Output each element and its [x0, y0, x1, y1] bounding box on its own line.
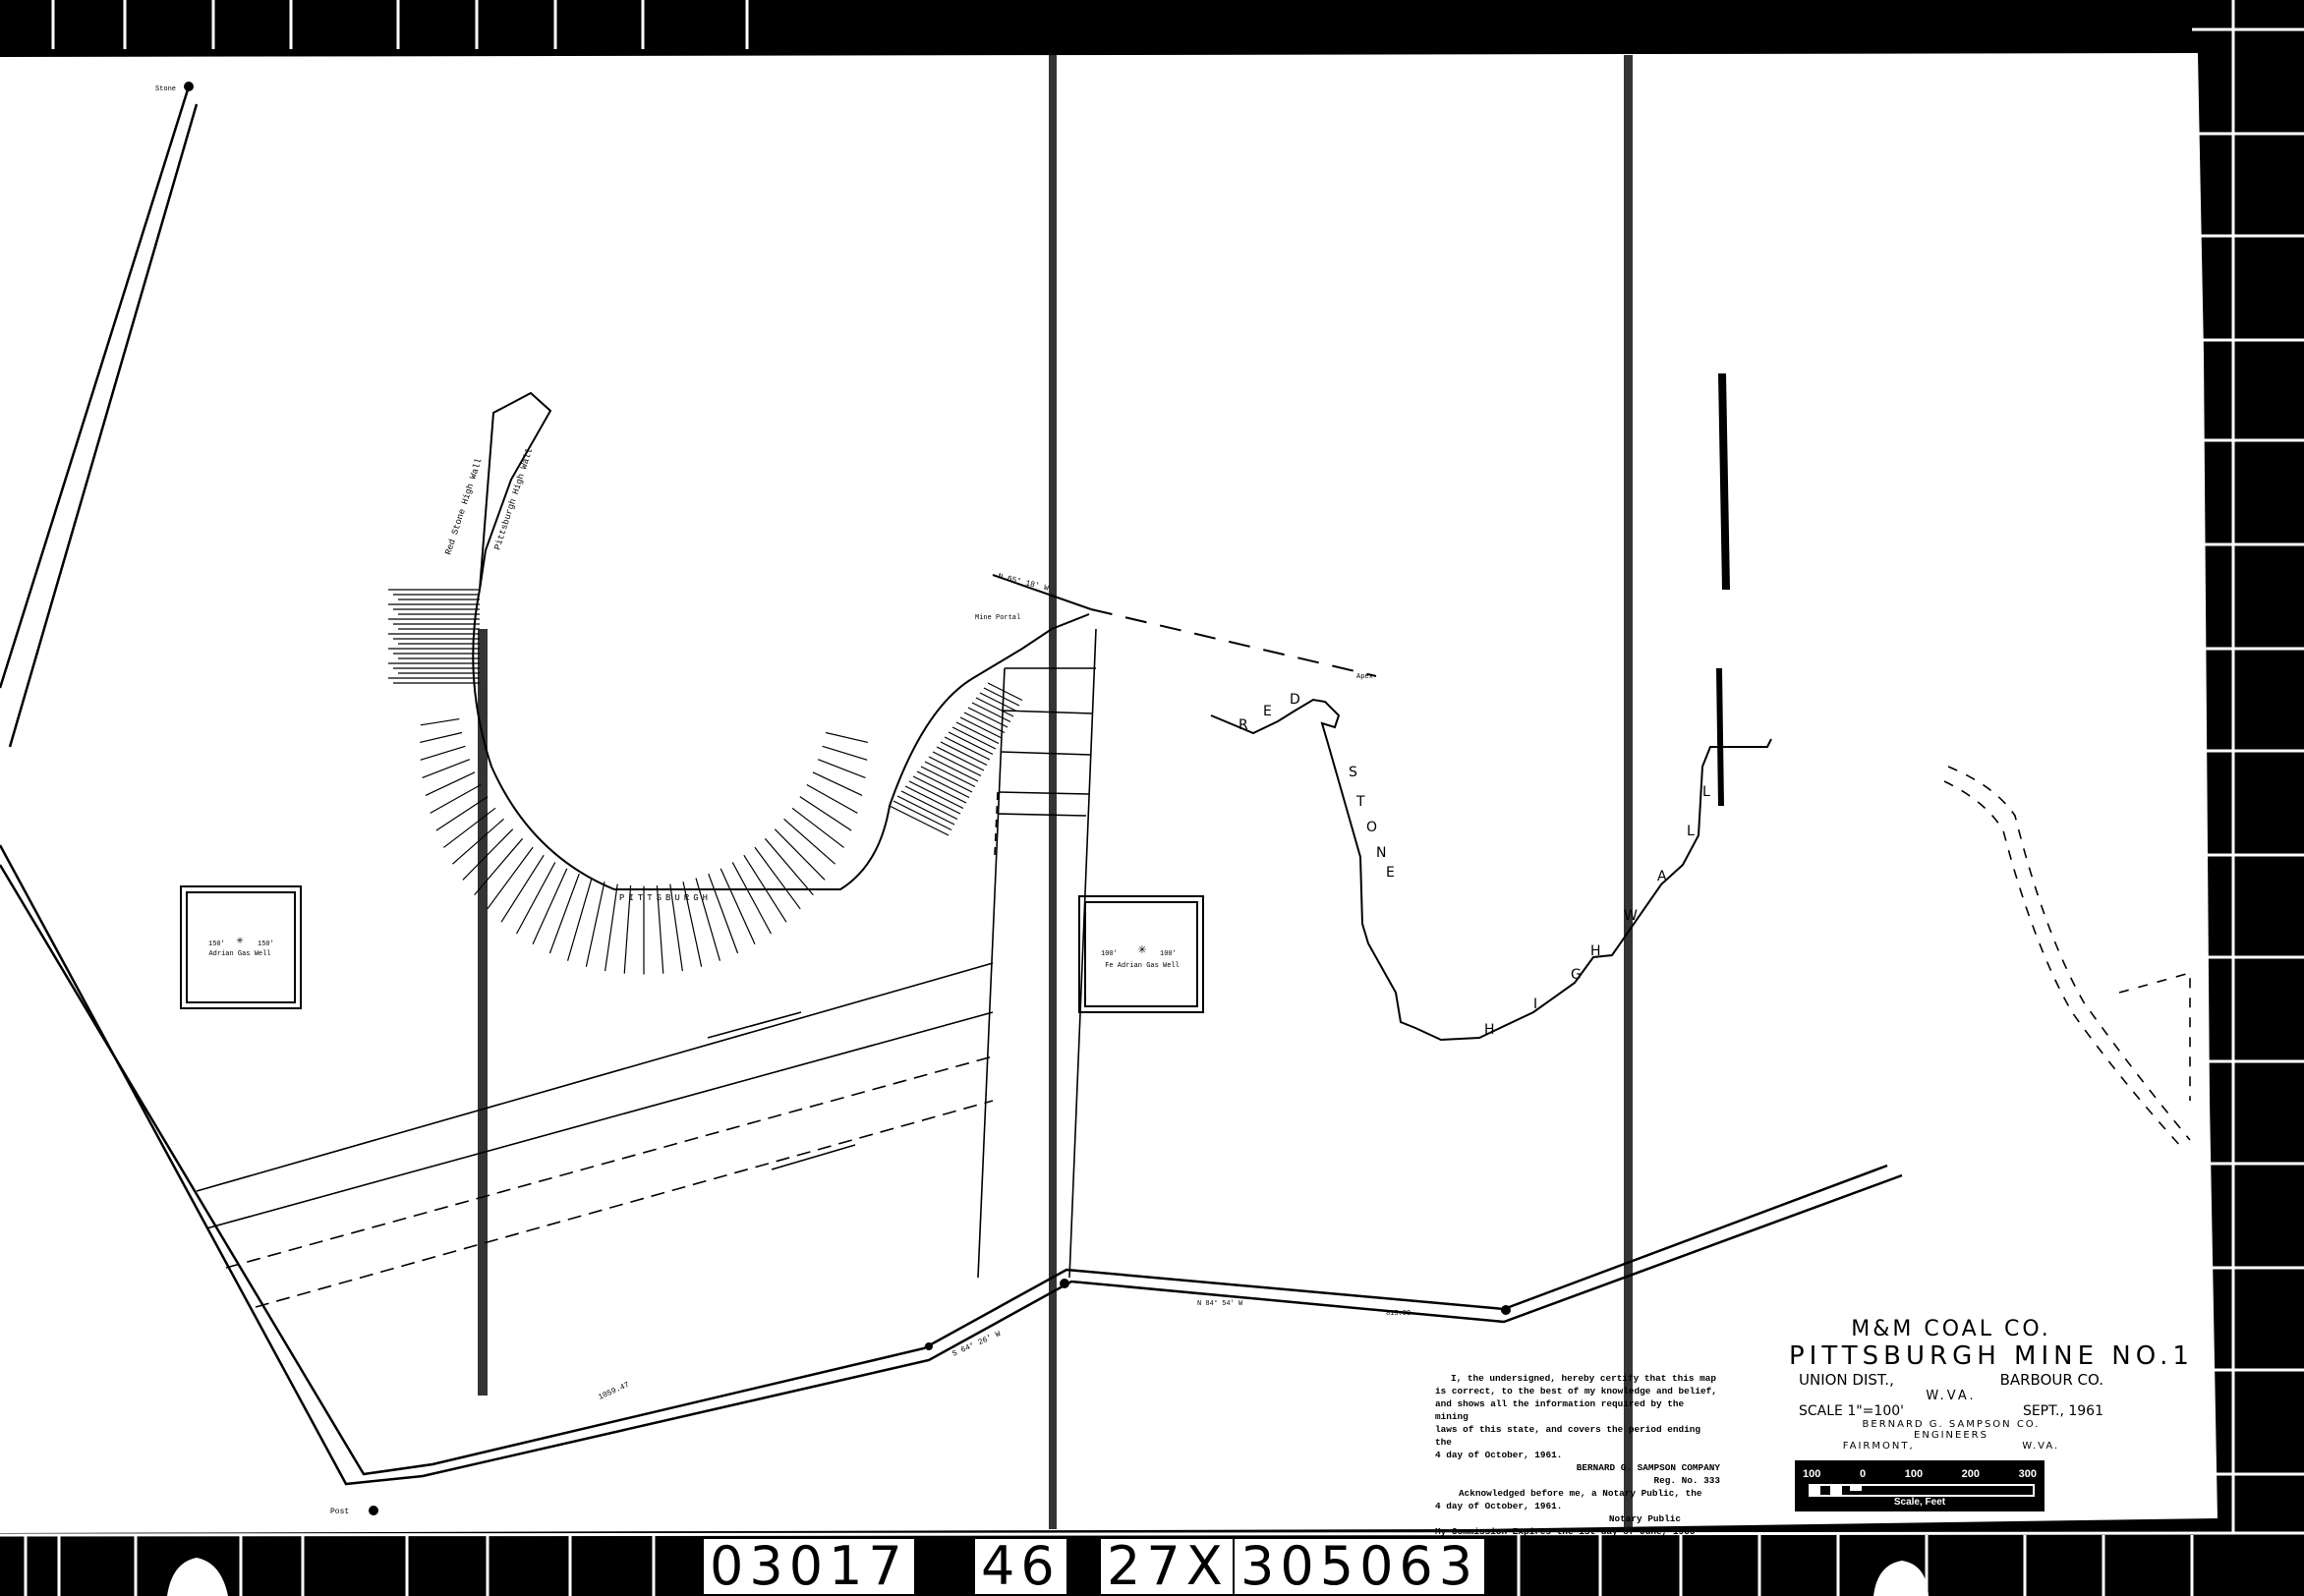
svg-text:100': 100' — [1101, 950, 1118, 958]
cert-line: is correct, to the best of my knowledge … — [1435, 1385, 1720, 1397]
film-label-reduction: 27X — [1099, 1537, 1237, 1596]
film-label-id: 305063 — [1233, 1537, 1486, 1596]
highwall-letter: L — [1687, 824, 1695, 839]
state: W.VA. — [1789, 1389, 2113, 1403]
cert-ack: Acknowledged before me, a Notary Public,… — [1435, 1487, 1720, 1500]
svg-text:Post: Post — [330, 1508, 349, 1516]
highwall-letter: D — [1290, 692, 1300, 708]
svg-text:100': 100' — [1160, 950, 1177, 958]
scale-tick: 200 — [1962, 1468, 1980, 1480]
svg-text:Fe Adrian Gas Well: Fe Adrian Gas Well — [1105, 962, 1180, 970]
microfilm-frame: REDSTONEHIGHWALL ✳ ✳ Adrian Gas Well 150… — [0, 0, 2304, 1596]
scale-tick: 100 — [1905, 1468, 1923, 1480]
highwall-letter: O — [1366, 820, 1377, 835]
scale-unit: Scale, Feet — [1795, 1497, 2045, 1508]
engineer: BERNARD G. SAMPSON CO. — [1789, 1419, 2113, 1430]
cert-line: I, the undersigned, hereby certify that … — [1435, 1372, 1720, 1385]
cert-reg-no: Reg. No. 333 — [1435, 1474, 1720, 1487]
highwall-letter: N — [1376, 845, 1386, 861]
title-block: M&M COAL CO. PITTSBURGH MINE NO.1 UNION … — [1789, 1317, 2113, 1452]
highwall-letter: S — [1349, 765, 1357, 780]
scale-tick: 100 — [1803, 1468, 1820, 1480]
scale-tick: 300 — [2019, 1468, 2037, 1480]
cert-line: 4 day of October, 1961. — [1435, 1449, 1720, 1461]
film-label-frame: 46 — [973, 1537, 1068, 1596]
svg-text:150': 150' — [208, 940, 225, 948]
certification-block: I, the undersigned, hereby certify that … — [1435, 1372, 1720, 1538]
cert-ack: 4 day of October, 1961. — [1435, 1500, 1720, 1512]
highwall-letter: W — [1624, 908, 1638, 924]
svg-text:Mine Portal: Mine Portal — [975, 614, 1020, 622]
svg-text:N 84° 54' W: N 84° 54' W — [1197, 1299, 1243, 1308]
cert-company: BERNARD G. SAMPSON COMPANY — [1435, 1461, 1720, 1474]
svg-text:815.39: 815.39 — [1386, 1310, 1411, 1318]
svg-text:PITTSBURGH: PITTSBURGH — [619, 893, 712, 903]
cert-notary: Notary Public — [1435, 1512, 1720, 1525]
scale-bar: 1000100200300 Scale, Feet — [1795, 1460, 2045, 1511]
cert-line: and shows all the information required b… — [1435, 1397, 1720, 1423]
svg-text:Adrian Gas Well: Adrian Gas Well — [208, 950, 270, 958]
engineer-city: FAIRMONT, — [1843, 1441, 1915, 1452]
highwall-letter: T — [1355, 794, 1365, 810]
paper — [0, 53, 2218, 1533]
engineer-state: W.VA. — [2022, 1441, 2059, 1452]
gas-well-right-icon: ✳ — [1137, 944, 1146, 957]
county: BARBOUR CO. — [2000, 1371, 2103, 1389]
district: UNION DIST., — [1799, 1371, 1894, 1389]
cert-line: laws of this state, and covers the perio… — [1435, 1423, 1720, 1449]
map-date: SEPT., 1961 — [2023, 1403, 2103, 1419]
scale-tick: 0 — [1860, 1468, 1866, 1480]
highwall-letter: H — [1590, 943, 1601, 959]
svg-text:150': 150' — [258, 940, 274, 948]
scale-label: SCALE 1"=100' — [1799, 1403, 1904, 1419]
highwall-letter: R — [1238, 717, 1248, 733]
film-label-roll: 03017 — [702, 1537, 916, 1596]
company-name: M&M COAL CO. — [1789, 1317, 2113, 1341]
highwall-letter: A — [1657, 869, 1667, 884]
highwall-letter: I — [1533, 997, 1537, 1012]
highwall-letter: L — [1702, 784, 1710, 800]
mine-name: PITTSBURGH MINE NO.1 — [1789, 1341, 2113, 1371]
highwall-letter: E — [1263, 704, 1272, 719]
highwall-letter: G — [1571, 967, 1582, 983]
svg-text:Apex: Apex — [1356, 673, 1373, 681]
gas-well-left-icon: ✳ — [236, 937, 244, 946]
svg-text:Stone: Stone — [155, 85, 176, 93]
engineer-role: ENGINEERS — [1789, 1430, 2113, 1441]
highwall-letter: H — [1484, 1022, 1495, 1038]
highwall-letter: E — [1386, 865, 1395, 881]
